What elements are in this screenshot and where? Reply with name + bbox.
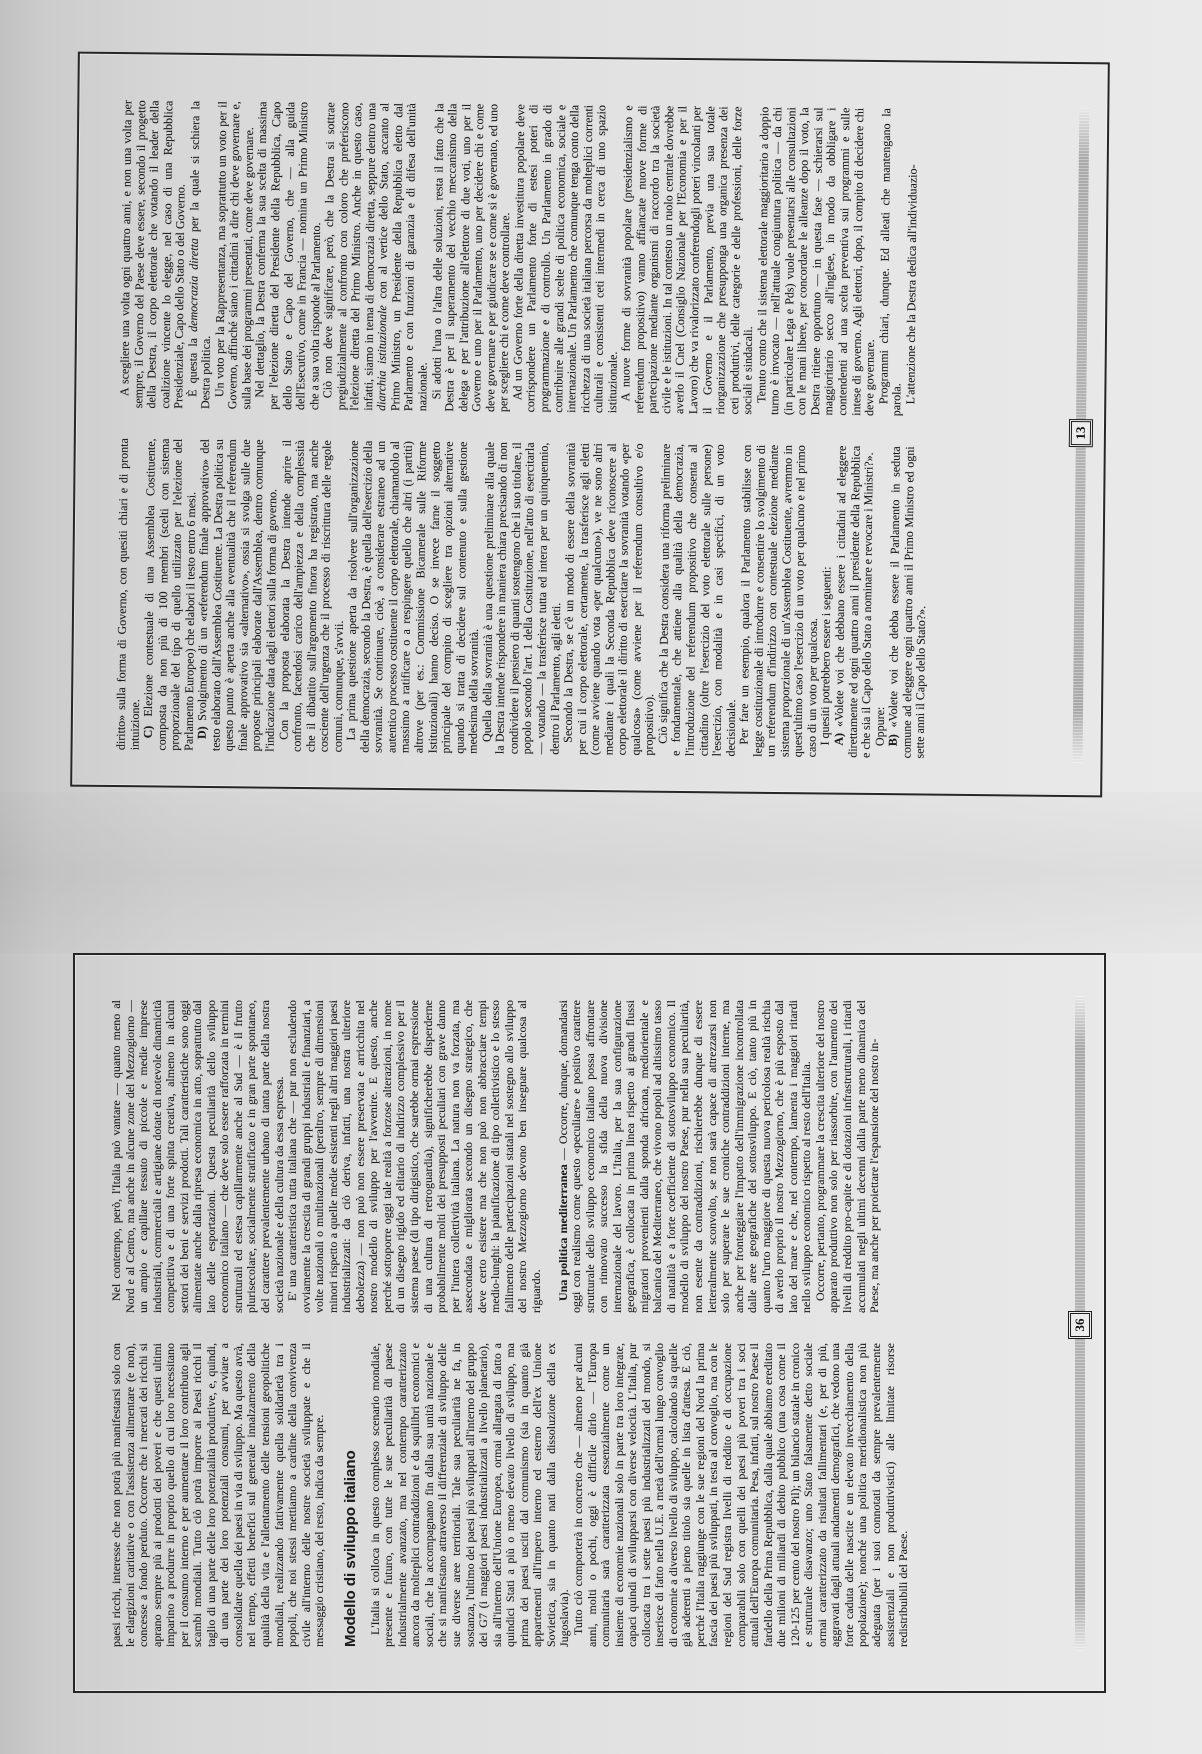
paragraph-text: «Volete voi che debba essere il Parlamen… bbox=[886, 446, 928, 758]
paragraph: Occorre, pertanto, programmare la cresci… bbox=[814, 1000, 882, 1313]
paragraph: Tenuto conto che il sistema elettorale m… bbox=[755, 107, 880, 416]
text-column-right: A scegliere una volta ogni quattro anni,… bbox=[118, 100, 1081, 418]
paragraph: La prima questione aperta da risolvere s… bbox=[345, 440, 484, 753]
paragraph-text: Elezione contestuale di una Assemblea Co… bbox=[141, 438, 198, 751]
paragraph: L'attenzione che la Destra dedica all'in… bbox=[904, 108, 921, 416]
text-column-left: paesi ricchi, interesse che non potrà pi… bbox=[110, 1343, 1070, 1647]
item-label: C) bbox=[141, 726, 155, 739]
page-number: 36 bbox=[1068, 1311, 1092, 1339]
page-36: paesi ricchi, interesse che non potrà pi… bbox=[73, 953, 1106, 1693]
paragraph: Ciò significa che la Destra considera un… bbox=[656, 444, 741, 757]
book-gutter bbox=[0, 792, 1202, 953]
paragraph: A scegliere una volta ogni quattro anni,… bbox=[118, 100, 189, 409]
list-item: D) Svolgimento di un «referendum finale … bbox=[196, 439, 281, 752]
paragraph-text: Svolgimento di un «referendum finale app… bbox=[195, 439, 279, 752]
emphasis: democrazia diretta bbox=[186, 238, 201, 332]
paragraph-text: «Volete voi che debbano essere i cittadi… bbox=[832, 446, 876, 758]
referendum-question: B) «Volete voi che debba essere il Parla… bbox=[887, 446, 931, 758]
paragraph: A nuove forme di sovranità popolare (pre… bbox=[619, 105, 758, 414]
section-heading: Modello di sviluppo italiano bbox=[342, 1343, 360, 1647]
paragraph: paesi ricchi, interesse che non potrà pi… bbox=[110, 1343, 327, 1647]
paragraph: E' una caratteristica tutta italiana che… bbox=[286, 1000, 543, 1313]
item-label: A) bbox=[832, 733, 846, 746]
paragraph-text: È questa la bbox=[185, 332, 200, 397]
text-column-left: diritto» sulla forma di Governo, con que… bbox=[115, 438, 1078, 760]
item-label: B) bbox=[886, 734, 900, 746]
paragraph: Si adotti l'una o l'altra delle soluzion… bbox=[430, 103, 515, 412]
paragraph-text: Ciò non deve significare, però, che la D… bbox=[320, 102, 378, 411]
page-13: diritto» sulla forma di Governo, con que… bbox=[70, 52, 1110, 798]
list-item: C) Elezione contestuale di una Assemblea… bbox=[142, 438, 199, 751]
paragraph: Quella della sovranità è una questione p… bbox=[480, 442, 565, 755]
paragraph: Per fare un esempio, qualora il Parlamen… bbox=[738, 445, 823, 758]
paragraph: Secondo la Destra, se c'è un modo di ess… bbox=[562, 443, 660, 756]
page-number: 13 bbox=[1069, 419, 1093, 447]
referendum-question: A) «Volete voi che debbano essere i citt… bbox=[833, 446, 877, 758]
scanned-booklet-spread: paesi ricchi, interesse che non potrà pi… bbox=[0, 0, 1202, 1754]
run-in-heading: Una politica mediterranea bbox=[556, 1164, 570, 1301]
text-column-right: Nel contempo, però, l'Italia può vantare… bbox=[110, 1000, 1070, 1313]
paragraph: Tutto ciò comporterà in concreto che — a… bbox=[572, 1343, 911, 1647]
paragraph: Nel contempo, però, l'Italia può vantare… bbox=[110, 1000, 286, 1313]
paragraph: L'Italia si colloca in questo complesso … bbox=[369, 1343, 572, 1647]
paragraph: Ad un Governo forte della diretta invest… bbox=[511, 104, 623, 413]
paragraph: Programmi chiari, dunque. Ed alleati che… bbox=[877, 108, 907, 416]
paragraph-text: — Occorre, dunque, domandarsi oggi con r… bbox=[556, 1000, 814, 1313]
paragraph: Con la proposta elaborata la Destra inte… bbox=[277, 440, 348, 753]
paragraph: Ciò non deve significare, però, che la D… bbox=[321, 102, 433, 411]
paragraph: Una politica mediterranea — Occorre, dun… bbox=[557, 1000, 814, 1313]
paragraph: Nel dettaglio, la Destra conferma la sua… bbox=[254, 101, 325, 410]
paragraph: Un voto per la Rappresentanza, ma soprat… bbox=[213, 101, 257, 409]
item-label: D) bbox=[195, 726, 209, 739]
